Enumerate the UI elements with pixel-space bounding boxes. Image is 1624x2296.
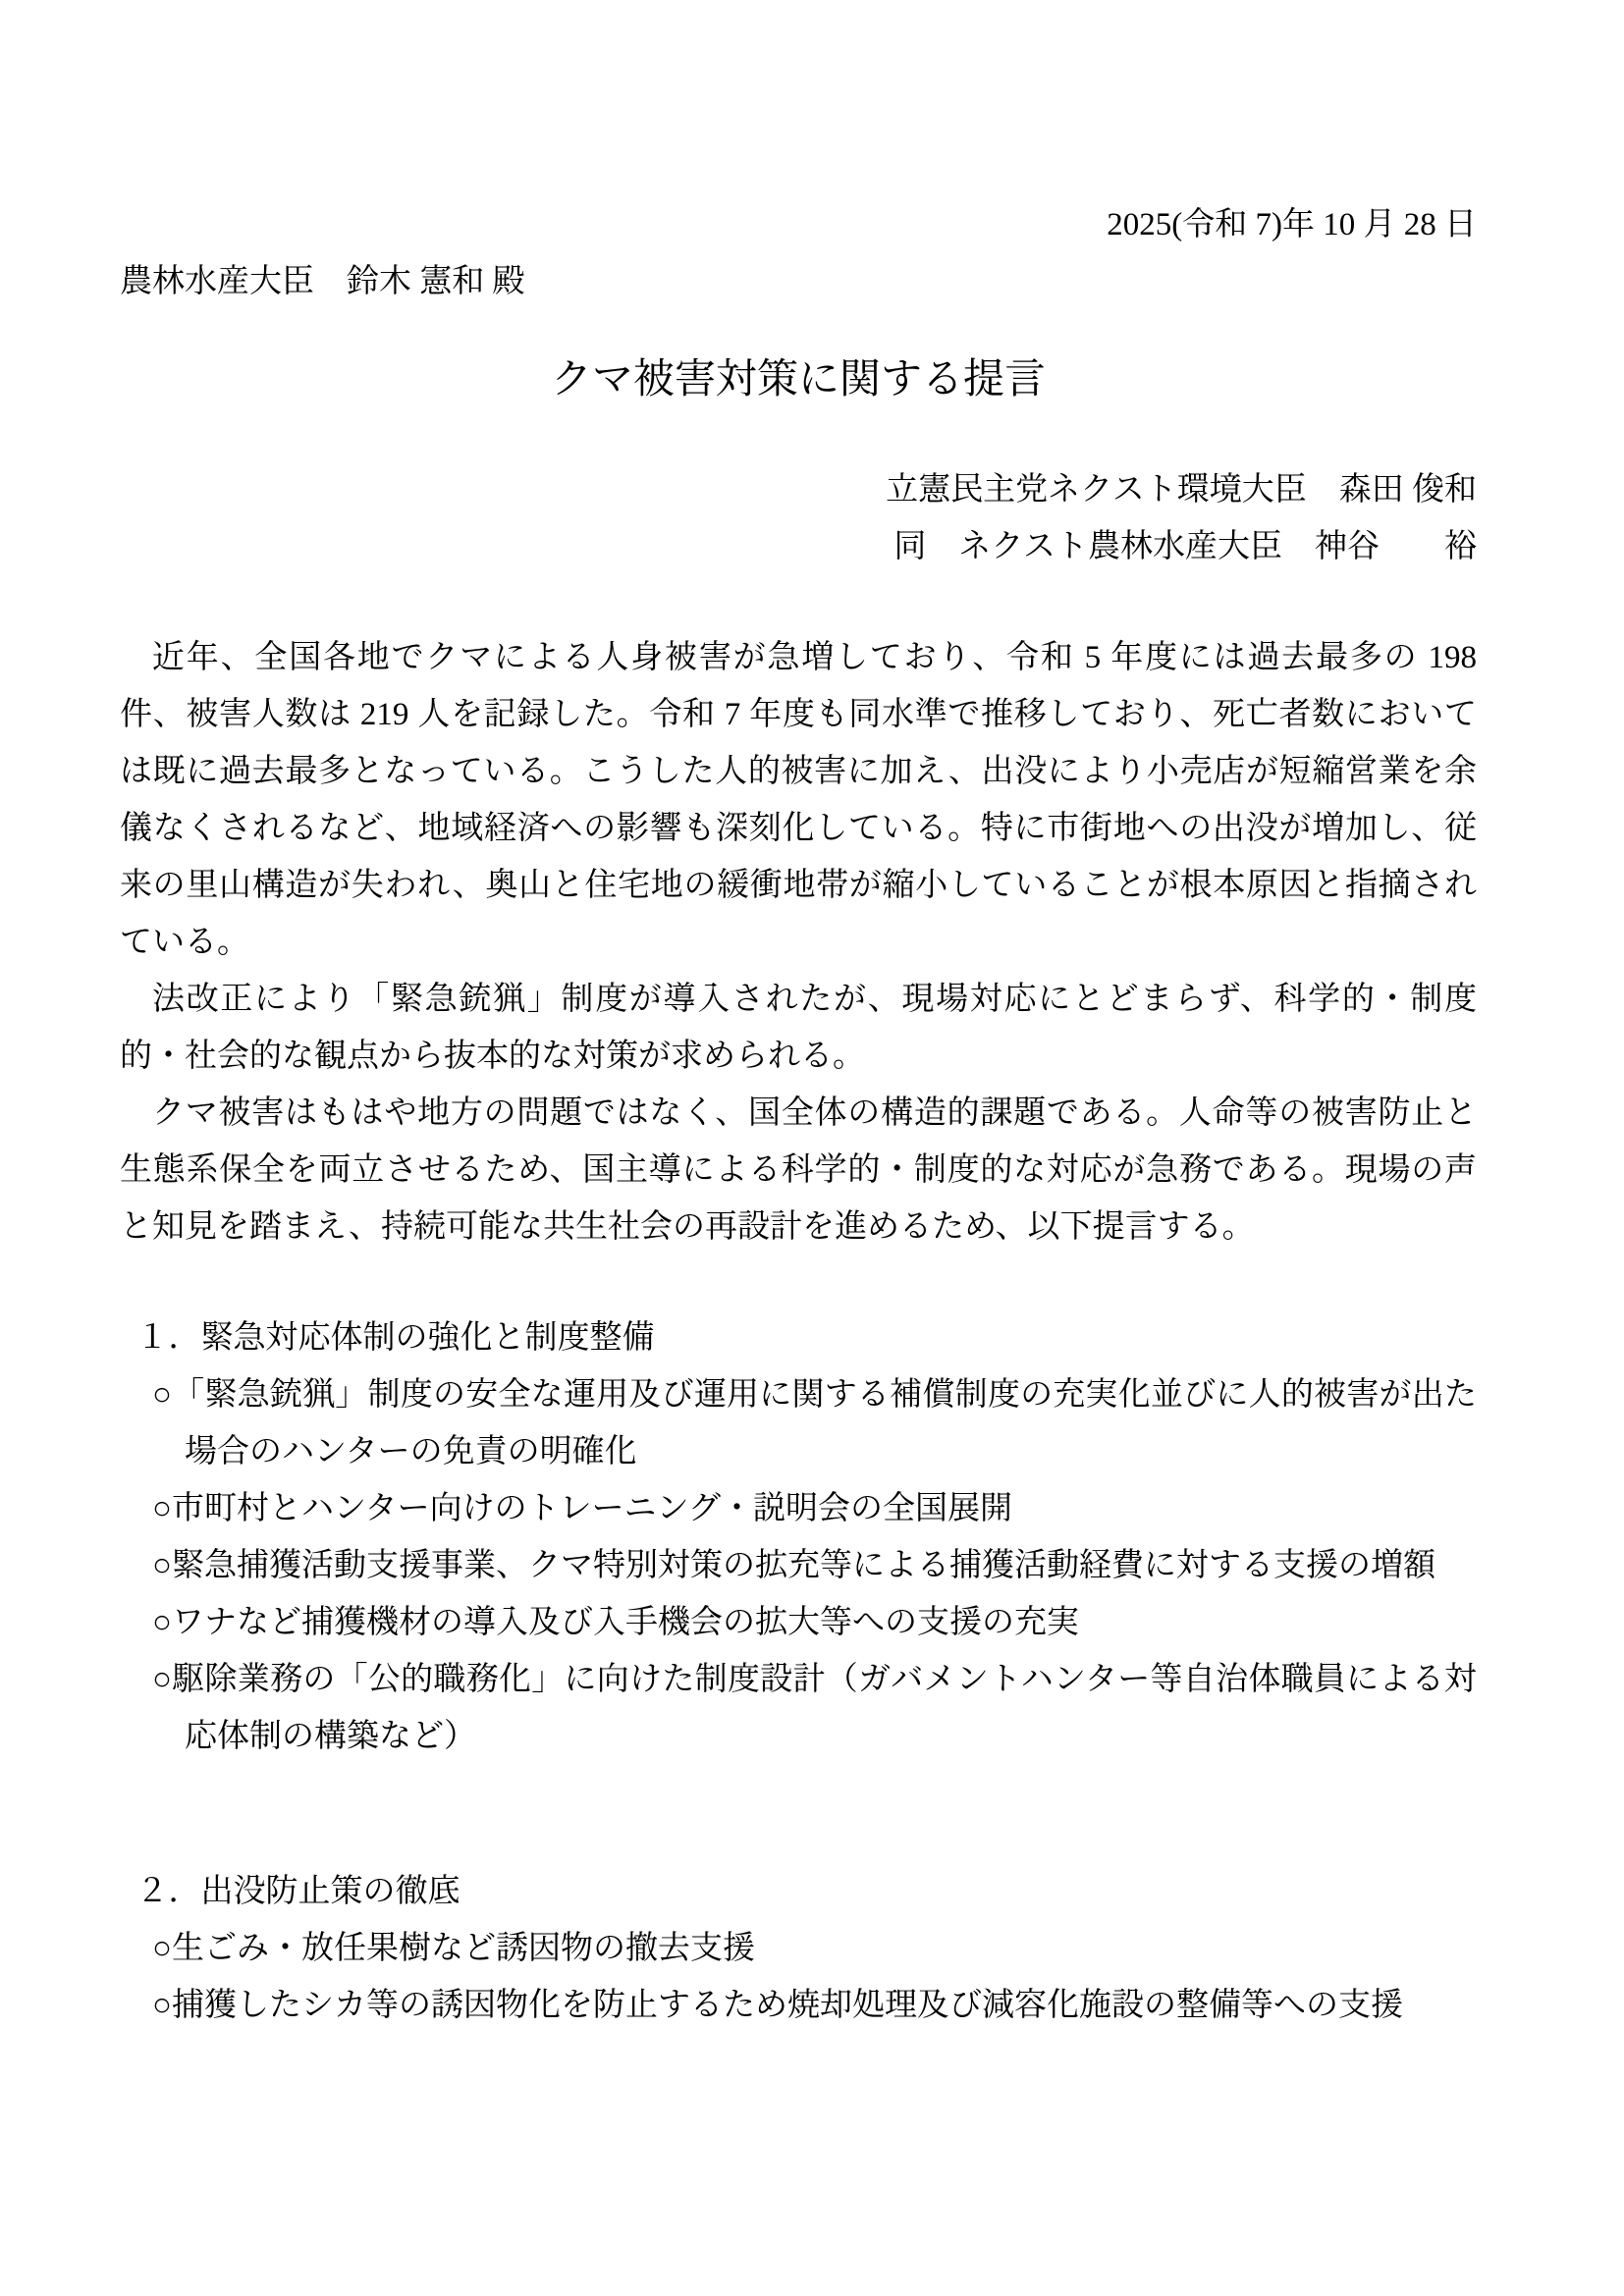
list-item-text: 駆除業務の「公的職務化」に向けた制度設計（ガバメントハンター等自治体職員による対… [172,1662,1477,1754]
list-item: ○「緊急銃猟」制度の安全な運用及び運用に関する補償制度の充実化並びに人的被害が出… [152,1366,1477,1480]
list-item: ○生ごみ・放任果樹など誘因物の撤去支援 [152,1920,1477,1977]
list-marker: ○ [152,1931,172,1966]
list-item-text: 生ごみ・放任果樹など誘因物の撤去支援 [172,1931,755,1966]
body-text: 近年、全国各地でクマによる人身被害が急増しており、令和 5 年度には過去最多の … [120,629,1477,1255]
list-marker: ○ [152,1662,172,1697]
list-marker: ○ [152,1548,172,1583]
list-item: ○ワナなど捕獲機材の導入及び入手機会の拡大等への支援の充実 [152,1594,1477,1651]
document-date: 2025(令和 7)年 10 月 28 日 [120,196,1477,253]
section-appearance-prevention: ２．出没防止策の徹底 ○生ごみ・放任果樹など誘因物の撤去支援 ○捕獲したシカ等の… [120,1863,1477,2034]
document-page: 2025(令和 7)年 10 月 28 日 農林水産大臣 鈴木 憲和 殿 クマ被… [0,0,1624,2296]
list-item: ○駆除業務の「公的職務化」に向けた制度設計（ガバメントハンター等自治体職員による… [152,1651,1477,1765]
list-marker: ○ [152,1605,172,1640]
list-item-text: ワナなど捕獲機材の導入及び入手機会の拡大等への支援の充実 [172,1605,1079,1640]
list-item-text: 緊急捕獲活動支援事業、クマ特別対策の拡充等による捕獲活動経費に対する支援の増額 [172,1548,1435,1583]
section-emergency-response: １．緊急対応体制の強化と制度整備 ○「緊急銃猟」制度の安全な運用及び運用に関する… [120,1309,1477,1765]
document-title: クマ被害対策に関する提言 [120,349,1477,410]
paragraph: クマ被害はもはや地方の問題ではなく、国全体の構造的課題である。人命等の被害防止と… [120,1085,1477,1255]
list-item-text: 捕獲したシカ等の誘因物化を防止するため焼却処理及び減容化施設の整備等への支援 [172,1988,1403,2023]
paragraph: 法改正により「緊急銃猟」制度が導入されたが、現場対応にとどまらず、科学的・制度的… [120,971,1477,1085]
list-item: ○捕獲したシカ等の誘因物化を防止するため焼却処理及び減容化施設の整備等への支援 [152,1977,1477,2034]
section-heading: ２．出没防止策の徹底 [136,1863,1478,1920]
list-item-text: 市町村とハンター向けのトレーニング・説明会の全国展開 [172,1491,1012,1526]
section-heading: １．緊急対応体制の強化と制度整備 [136,1309,1478,1366]
list-item: ○緊急捕獲活動支援事業、クマ特別対策の拡充等による捕獲活動経費に対する支援の増額 [152,1537,1477,1594]
paragraph: 近年、全国各地でクマによる人身被害が急増しており、令和 5 年度には過去最多の … [120,629,1477,971]
signature-line: 同 ネクスト農林水産大臣 神谷 裕 [120,518,1477,575]
list-item-text: 「緊急銃猟」制度の安全な運用及び運用に関する補償制度の充実化並びに人的被害が出た… [172,1377,1477,1469]
list-marker: ○ [152,1377,172,1413]
list-item: ○市町村とハンター向けのトレーニング・説明会の全国展開 [152,1480,1477,1537]
list-marker: ○ [152,1491,172,1526]
signature-line: 立憲民主党ネクスト環境大臣 森田 俊和 [120,461,1477,518]
addressee: 農林水産大臣 鈴木 憲和 殿 [120,253,1477,310]
signature-block: 立憲民主党ネクスト環境大臣 森田 俊和 同 ネクスト農林水産大臣 神谷 裕 [120,461,1477,575]
list-marker: ○ [152,1988,172,2023]
